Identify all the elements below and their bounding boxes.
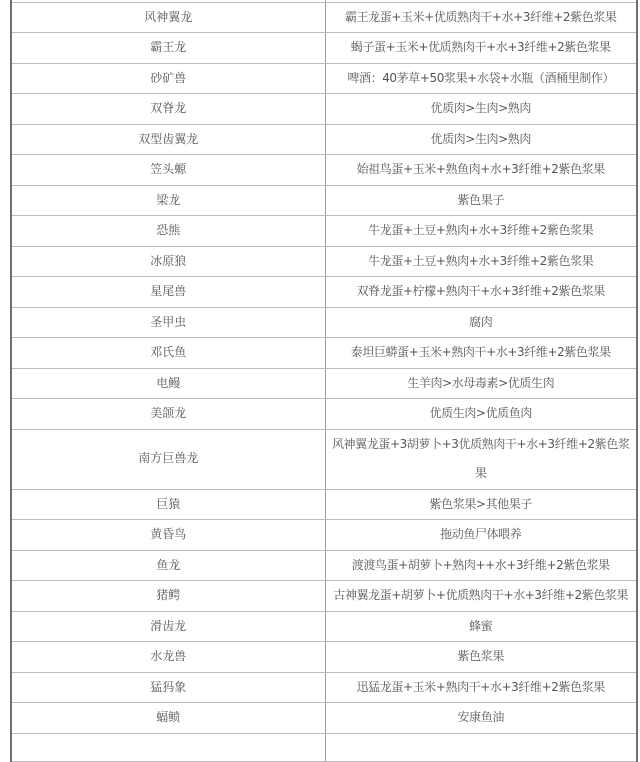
creature-cell: 风神翼龙 xyxy=(11,2,325,33)
creature-cell: 黄昏鸟 xyxy=(11,520,325,551)
table-row: 风神翼龙霸王龙蛋+玉米+优质熟肉干+水+3纤维+2紫色浆果 xyxy=(11,2,637,33)
food-cell: 渡渡鸟蛋+胡萝卜+熟肉++水+3纤维+2紫色浆果 xyxy=(325,550,637,581)
table-row: 蝠鲼安康鱼油 xyxy=(11,703,637,715)
table-row: 美颌龙优质生肉>优质鱼肉 xyxy=(11,399,637,430)
creature-cell: 双脊龙 xyxy=(11,94,325,125)
creature-cell: 双型齿翼龙 xyxy=(11,124,325,155)
food-cell: 蜂蜜 xyxy=(325,611,637,642)
table-row: 双脊龙优质肉>生肉>熟肉 xyxy=(11,94,637,125)
food-cell: 腐肉 xyxy=(325,307,637,338)
food-cell: 始祖鸟蛋+玉米+熟鱼肉+水+3纤维+2紫色浆果 xyxy=(325,155,637,186)
table-row: 圣甲虫腐肉 xyxy=(11,307,637,338)
table-row: 梁龙紫色果子 xyxy=(11,185,637,216)
food-cell: 迅猛龙蛋+玉米+熟肉干+水+3纤维+2紫色浆果 xyxy=(325,672,637,703)
creature-cell: 猪鳄 xyxy=(11,581,325,612)
table-row: 巨猿紫色浆果>其他果子 xyxy=(11,489,637,520)
creature-cell: 圣甲虫 xyxy=(11,307,325,338)
table-row: 鱼龙渡渡鸟蛋+胡萝卜+熟肉++水+3纤维+2紫色浆果 xyxy=(11,550,637,581)
food-cell: 泰坦巨蟒蛋+玉米+熟肉干+水+3纤维+2紫色浆果 xyxy=(325,338,637,369)
table-row: 南方巨兽龙风神翼龙蛋+3胡萝卜+3优质熟肉干+水+3纤维+2紫色浆果 xyxy=(11,429,637,489)
food-cell: 牛龙蛋+土豆+熟肉+水+3纤维+2紫色浆果 xyxy=(325,246,637,277)
food-cell: 优质肉>生肉>熟肉 xyxy=(325,124,637,155)
creature-cell: 水龙兽 xyxy=(11,642,325,673)
creature-cell: 梁龙 xyxy=(11,185,325,216)
creature-cell: 霸王龙 xyxy=(11,33,325,64)
creature-cell: 猛犸象 xyxy=(11,672,325,703)
creature-cell: 南方巨兽龙 xyxy=(11,429,325,489)
creature-cell: 巨猿 xyxy=(11,489,325,520)
creature-cell: 恐熊 xyxy=(11,216,325,247)
food-cell: 牛龙蛋+土豆+熟肉+水+3纤维+2紫色浆果 xyxy=(325,216,637,247)
table-container: 风神翼龙霸王龙蛋+玉米+优质熟肉干+水+3纤维+2紫色浆果 霸王龙蝎子蛋+玉米+… xyxy=(10,0,636,714)
table-row: 猪鳄古神翼龙蛋+胡萝卜+优质熟肉干+水+3纤维+2紫色浆果 xyxy=(11,581,637,612)
creature-cell: 鱼龙 xyxy=(11,550,325,581)
creature-cell: 砂矿兽 xyxy=(11,63,325,94)
table-row: 猛犸象迅猛龙蛋+玉米+熟肉干+水+3纤维+2紫色浆果 xyxy=(11,672,637,703)
table-row: 笠头螈始祖鸟蛋+玉米+熟鱼肉+水+3纤维+2紫色浆果 xyxy=(11,155,637,186)
creature-cell: 笠头螈 xyxy=(11,155,325,186)
table-row: 黄昏鸟拖动鱼尸体喂养 xyxy=(11,520,637,551)
food-cell: 蝎子蛋+玉米+优质熟肉干+水+3纤维+2紫色浆果 xyxy=(325,33,637,64)
food-cell: 优质肉>生肉>熟肉 xyxy=(325,94,637,125)
food-cell: 风神翼龙蛋+3胡萝卜+3优质熟肉干+水+3纤维+2紫色浆果 xyxy=(325,429,637,489)
creature-cell: 美颌龙 xyxy=(11,399,325,430)
table-row: 电鳗生羊肉>水母毒素>优质生肉 xyxy=(11,368,637,399)
creature-cell: 冰原狼 xyxy=(11,246,325,277)
table-row: 霸王龙蝎子蛋+玉米+优质熟肉干+水+3纤维+2紫色浆果 xyxy=(11,33,637,64)
table-row: 冰原狼牛龙蛋+土豆+熟肉+水+3纤维+2紫色浆果 xyxy=(11,246,637,277)
table-row: 双型齿翼龙优质肉>生肉>熟肉 xyxy=(11,124,637,155)
creature-cell: 滑齿龙 xyxy=(11,611,325,642)
table-row: 砂矿兽啤酒：40茅草+50浆果+水袋+水瓶（酒桶里制作） xyxy=(11,63,637,94)
creature-food-table: 风神翼龙霸王龙蛋+玉米+优质熟肉干+水+3纤维+2紫色浆果 霸王龙蝎子蛋+玉米+… xyxy=(10,0,638,714)
food-cell: 霸王龙蛋+玉米+优质熟肉干+水+3纤维+2紫色浆果 xyxy=(325,2,637,33)
food-cell: 紫色浆果 xyxy=(325,642,637,673)
food-cell: 古神翼龙蛋+胡萝卜+优质熟肉干+水+3纤维+2紫色浆果 xyxy=(325,581,637,612)
food-cell: 双脊龙蛋+柠檬+熟肉干+水+3纤维+2紫色浆果 xyxy=(325,277,637,308)
food-cell: 啤酒：40茅草+50浆果+水袋+水瓶（酒桶里制作） xyxy=(325,63,637,94)
table-row: 邓氏鱼泰坦巨蟒蛋+玉米+熟肉干+水+3纤维+2紫色浆果 xyxy=(11,338,637,369)
food-cell: 紫色浆果>其他果子 xyxy=(325,489,637,520)
food-cell: 生羊肉>水母毒素>优质生肉 xyxy=(325,368,637,399)
table-body: 风神翼龙霸王龙蛋+玉米+优质熟肉干+水+3纤维+2紫色浆果 霸王龙蝎子蛋+玉米+… xyxy=(11,0,637,714)
creature-cell: 邓氏鱼 xyxy=(11,338,325,369)
creature-cell: 电鳗 xyxy=(11,368,325,399)
table-row: 滑齿龙蜂蜜 xyxy=(11,611,637,642)
food-cell: 优质生肉>优质鱼肉 xyxy=(325,399,637,430)
food-cell: 安康鱼油 xyxy=(325,703,637,715)
creature-cell: 蝠鲼 xyxy=(11,703,325,715)
table-row: 恐熊牛龙蛋+土豆+熟肉+水+3纤维+2紫色浆果 xyxy=(11,216,637,247)
table-row: 星尾兽双脊龙蛋+柠檬+熟肉干+水+3纤维+2紫色浆果 xyxy=(11,277,637,308)
creature-cell: 星尾兽 xyxy=(11,277,325,308)
table-row: 水龙兽紫色浆果 xyxy=(11,642,637,673)
food-cell: 拖动鱼尸体喂养 xyxy=(325,520,637,551)
food-cell: 紫色果子 xyxy=(325,185,637,216)
